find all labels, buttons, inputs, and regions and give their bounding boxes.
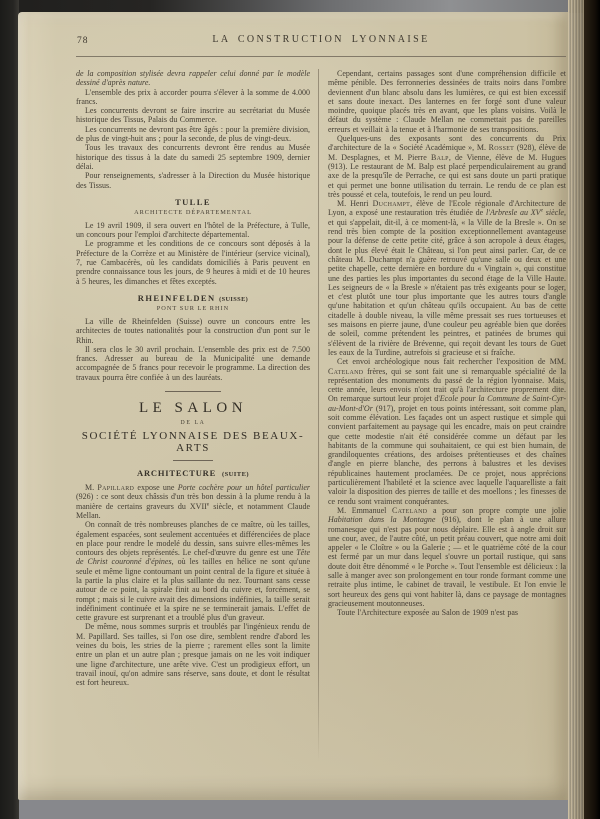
- left-column: de la composition stylisée devra rappele…: [76, 69, 310, 761]
- architecture-section-heading: ARCHITECTURE (SUITE): [76, 468, 310, 478]
- section-title-tulle: TULLE: [76, 197, 310, 207]
- architecture-heading-suffix: (SUITE): [222, 471, 249, 478]
- section-title-rheinfelden: RHEINFELDEN (SUISSE): [76, 293, 310, 303]
- paragraph: On connaît de très nombreuses planches d…: [76, 520, 310, 622]
- paragraph: Toute l'Architecture exposée au Salon de…: [328, 608, 566, 617]
- paragraph: De même, nous sommes surpris et troublés…: [76, 622, 310, 687]
- page-header: 78 LA CONSTRUCTION LYONNAISE: [76, 34, 566, 48]
- section-title-suffix: (SUISSE): [219, 296, 248, 303]
- paragraph-continuation: de la composition stylisée devra rappele…: [76, 69, 310, 88]
- salon-society-title: SOCIÉTÉ LYONNAISE DES BEAUX-ARTS: [76, 430, 310, 454]
- paragraph: M. Emmanuel Cateland a pour son propre c…: [328, 506, 566, 608]
- header-rule: [76, 56, 566, 57]
- paragraph: M. Papillard expose une Porte cochère po…: [76, 483, 310, 520]
- paragraph: L'ensemble des prix à accorder pourra s'…: [76, 88, 310, 107]
- book-cover-edge: [584, 0, 600, 819]
- section-title-text: RHEINFELDEN: [138, 293, 216, 303]
- scanned-book-page: 78 LA CONSTRUCTION LYONNAISE de la compo…: [0, 0, 600, 819]
- book-page-edges: [568, 0, 584, 819]
- paragraph: Cet envoi archéologique nous fait recher…: [328, 357, 566, 506]
- section-subtitle-rheinfelden: PONT SUR LE RHIN: [76, 305, 310, 312]
- paragraph: Tous les travaux des concurrents devront…: [76, 143, 310, 171]
- right-column: Cependant, certains passages sont d'une …: [328, 69, 566, 761]
- separator-rule-small: [173, 460, 213, 461]
- salon-title: LE SALON: [76, 400, 310, 417]
- journal-masthead: LA CONSTRUCTION LYONNAISE: [76, 34, 566, 45]
- paragraph: Le programme et les conditions de ce con…: [76, 239, 310, 285]
- two-column-layout: de la composition stylisée devra rappele…: [76, 69, 566, 761]
- paragraph: Le 19 avril 1909, il sera ouvert en l'hô…: [76, 221, 310, 240]
- paragraph: Cependant, certains passages sont d'une …: [328, 69, 566, 134]
- section-subtitle-tulle: ARCHITECTE DÉPARTEMENTAL: [76, 209, 310, 216]
- paragraph: Les concurrents ne devront pas être âgés…: [76, 125, 310, 144]
- salon-subtitle-dela: DE LA: [76, 420, 310, 426]
- paragraph: Pour renseignements, s'adresser à la Dir…: [76, 171, 310, 190]
- paragraph: Il sera clos le 30 avril prochain. L'ens…: [76, 345, 310, 382]
- column-divider-rule: [318, 69, 319, 761]
- paragraph: M. Henri Duchampt, élève de l'Ecole régi…: [328, 199, 566, 357]
- paper-page: 78 LA CONSTRUCTION LYONNAISE de la compo…: [18, 12, 568, 800]
- paragraph: Quelques-uns des exposants sont des conc…: [328, 134, 566, 199]
- scan-background-left: [0, 0, 19, 819]
- separator-rule: [165, 391, 221, 392]
- page-content: 78 LA CONSTRUCTION LYONNAISE de la compo…: [76, 34, 566, 761]
- page-number: 78: [77, 36, 89, 46]
- paragraph: Les concurrents devront se faire inscrir…: [76, 106, 310, 125]
- paragraph: La ville de Rheinfelden (Suisse) ouvre u…: [76, 317, 310, 345]
- architecture-heading-text: ARCHITECTURE: [137, 468, 216, 478]
